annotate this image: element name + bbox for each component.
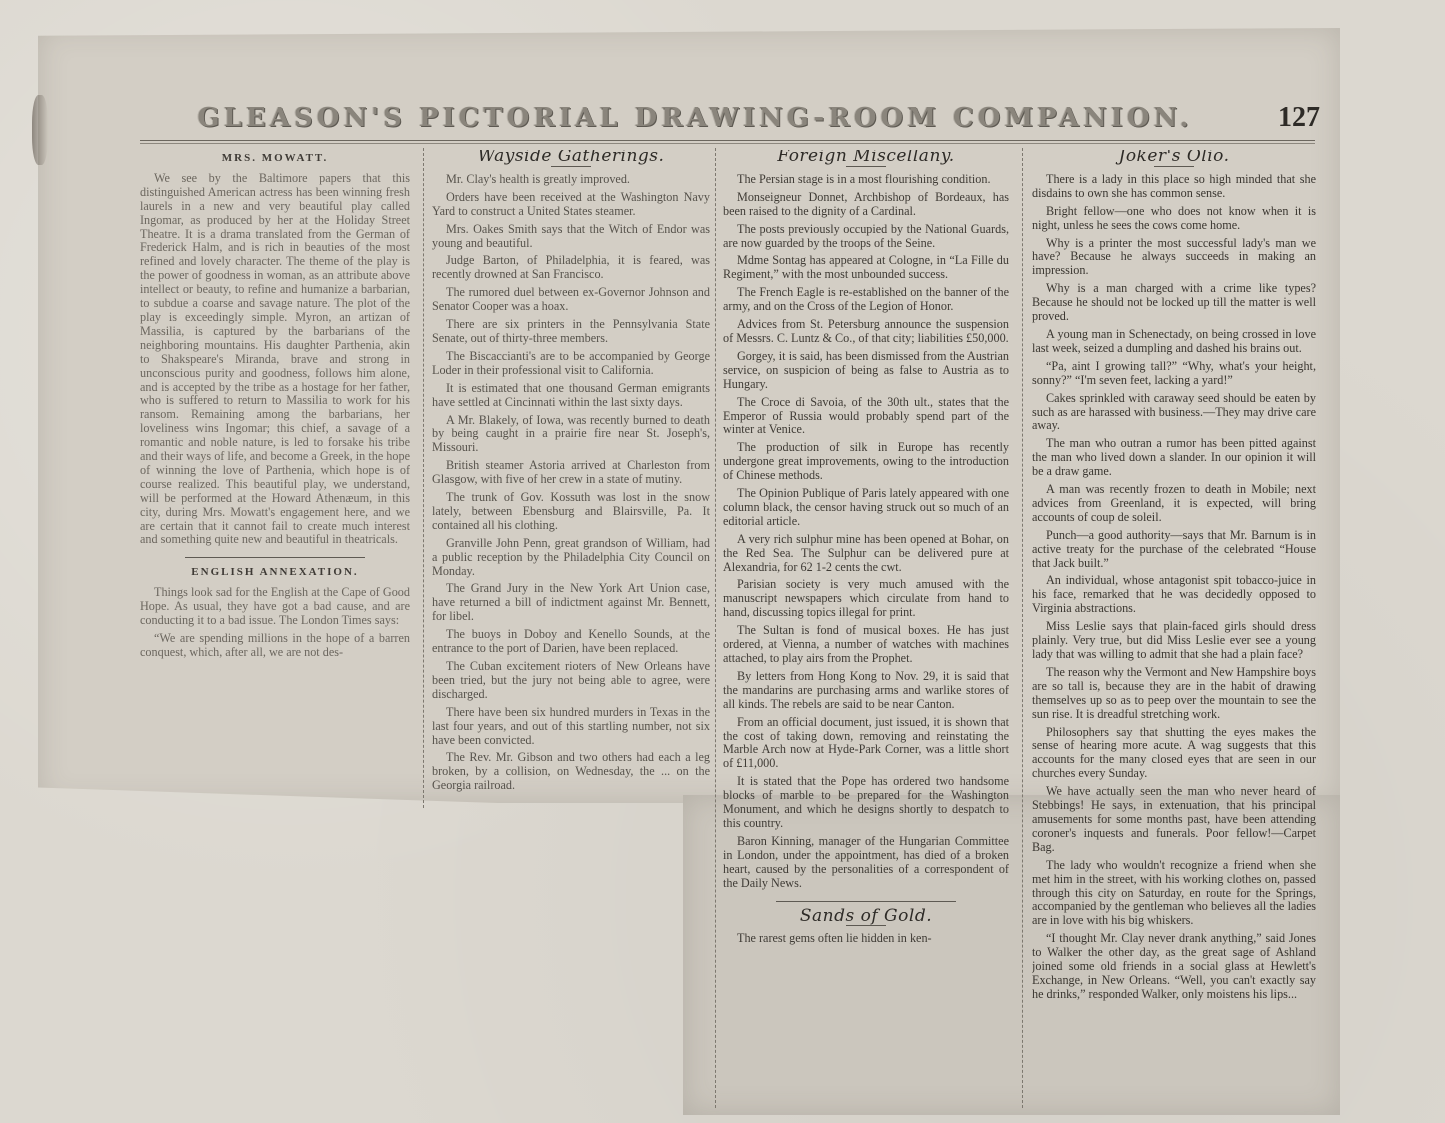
torn-edge <box>32 95 48 165</box>
masthead: GLEASON'S PICTORIAL DRAWING-ROOM COMPANI… <box>140 98 1320 138</box>
news-item: The Sultan is fond of musical boxes. He … <box>723 624 1009 666</box>
heading-rule <box>551 166 591 167</box>
joke-item: Why is a man charged with a crime like t… <box>1032 282 1316 324</box>
joke-item: “I thought Mr. Clay never drank anything… <box>1032 932 1316 1002</box>
section-heading: Foreign Miscellany. <box>723 150 1009 164</box>
joke-item: The reason why the Vermont and New Hamps… <box>1032 666 1316 722</box>
heading-rule <box>846 925 886 926</box>
joke-item: Miss Leslie says that plain-faced girls … <box>1032 620 1316 662</box>
news-item: A Mr. Blakely, of Iowa, was recently bur… <box>432 414 710 456</box>
joke-item: Punch—a good authority—says that Mr. Bar… <box>1032 529 1316 571</box>
column-divider <box>1022 148 1023 1108</box>
column-wayside-gatherings: Wayside Gatherings. Mr. Clay's health is… <box>432 150 710 820</box>
news-item: The rarest gems often lie hidden in ken- <box>723 932 1009 946</box>
section-heading: Joker's Olio. <box>1032 150 1316 164</box>
joke-item: A young man in Schenectady, on being cro… <box>1032 328 1316 356</box>
news-item: The posts previously occupied by the Nat… <box>723 223 1009 251</box>
news-item: It is stated that the Pope has ordered t… <box>723 775 1009 831</box>
news-item: The Rev. Mr. Gibson and two others had e… <box>432 751 710 793</box>
column-mrs-mowatt: MRS. MOWATT. We see by the Baltimore pap… <box>140 150 410 805</box>
column-foreign-miscellany: Foreign Miscellany. The Persian stage is… <box>723 150 1009 1110</box>
article-paragraph: “We are spending millions in the hope of… <box>140 632 410 660</box>
news-item: There are six printers in the Pennsylvan… <box>432 318 710 346</box>
joke-item: The lady who wouldn't recognize a friend… <box>1032 859 1316 929</box>
news-item: Monseigneur Donnet, Archbishop of Bordea… <box>723 191 1009 219</box>
news-item: British steamer Astoria arrived at Charl… <box>432 459 710 487</box>
news-item: From an official document, just issued, … <box>723 716 1009 772</box>
news-item: Gorgey, it is said, has been dismissed f… <box>723 350 1009 392</box>
news-item: The Opinion Publique of Paris lately app… <box>723 487 1009 529</box>
news-item: There have been six hundred murders in T… <box>432 706 710 748</box>
news-item: It is estimated that one thousand German… <box>432 382 710 410</box>
news-item: Mdme Sontag has appeared at Cologne, in … <box>723 254 1009 282</box>
section-separator <box>776 901 956 902</box>
column-divider <box>423 148 424 808</box>
news-item: Parisian society is very much amused wit… <box>723 578 1009 620</box>
article-paragraph: We see by the Baltimore papers that this… <box>140 172 410 547</box>
news-item: Judge Barton, of Philadelphia, it is fea… <box>432 254 710 282</box>
heading-rule <box>846 166 886 167</box>
publication-title: GLEASON'S PICTORIAL DRAWING-ROOM COMPANI… <box>140 103 1250 133</box>
article-heading: MRS. MOWATT. <box>140 152 410 166</box>
news-item: The trunk of Gov. Kossuth was lost in th… <box>432 491 710 533</box>
article-paragraph: Things look sad for the English at the C… <box>140 586 410 628</box>
joke-item: There is a lady in this place so high mi… <box>1032 173 1316 201</box>
news-item: The rumored duel between ex-Governor Joh… <box>432 286 710 314</box>
heading-rule <box>1154 166 1194 167</box>
article-heading: ENGLISH ANNEXATION. <box>140 566 410 580</box>
news-item: The buoys in Doboy and Kenello Sounds, a… <box>432 628 710 656</box>
news-item: The Cuban excitement rioters of New Orle… <box>432 660 710 702</box>
news-item: Mrs. Oakes Smith says that the Witch of … <box>432 223 710 251</box>
news-item: The Biscaccianti's are to be accompanied… <box>432 350 710 378</box>
news-item: The Croce di Savoia, of the 30th ult., s… <box>723 396 1009 438</box>
section-heading: Sands of Gold. <box>723 910 1009 924</box>
news-item: The Grand Jury in the New York Art Union… <box>432 582 710 624</box>
page-number: 127 <box>1250 102 1320 134</box>
news-item: The production of silk in Europe has rec… <box>723 441 1009 483</box>
joke-item: Philosophers say that shutting the eyes … <box>1032 726 1316 782</box>
news-item: The Persian stage is in a most flourishi… <box>723 173 1009 187</box>
news-item: By letters from Hong Kong to Nov. 29, it… <box>723 670 1009 712</box>
news-item: Advices from St. Petersburg announce the… <box>723 318 1009 346</box>
joke-item: A man was recently frozen to death in Mo… <box>1032 483 1316 525</box>
joke-item: Cakes sprinkled with caraway seed should… <box>1032 392 1316 434</box>
joke-item: Bright fellow—one who does not know when… <box>1032 205 1316 233</box>
column-jokers-olio: Joker's Olio. There is a lady in this pl… <box>1032 150 1316 1110</box>
news-item: Mr. Clay's health is greatly improved. <box>432 173 710 187</box>
joke-item: “Pa, aint I growing tall?” “Why, what's … <box>1032 360 1316 388</box>
joke-item: The man who outran a rumor has been pitt… <box>1032 437 1316 479</box>
news-item: Orders have been received at the Washing… <box>432 191 710 219</box>
column-divider <box>715 148 716 1108</box>
joke-item: We have actually seen the man who never … <box>1032 785 1316 855</box>
news-item: Granville John Penn, great grandson of W… <box>432 537 710 579</box>
section-heading: Wayside Gatherings. <box>432 150 710 164</box>
joke-item: Why is a printer the most successful lad… <box>1032 237 1316 279</box>
news-item: Baron Kinning, manager of the Hungarian … <box>723 835 1009 891</box>
section-separator <box>185 557 365 558</box>
joke-item: An individual, whose antagonist spit tob… <box>1032 574 1316 616</box>
news-item: The French Eagle is re-established on th… <box>723 286 1009 314</box>
news-item: A very rich sulphur mine has been opened… <box>723 533 1009 575</box>
masthead-rule <box>140 140 1315 144</box>
